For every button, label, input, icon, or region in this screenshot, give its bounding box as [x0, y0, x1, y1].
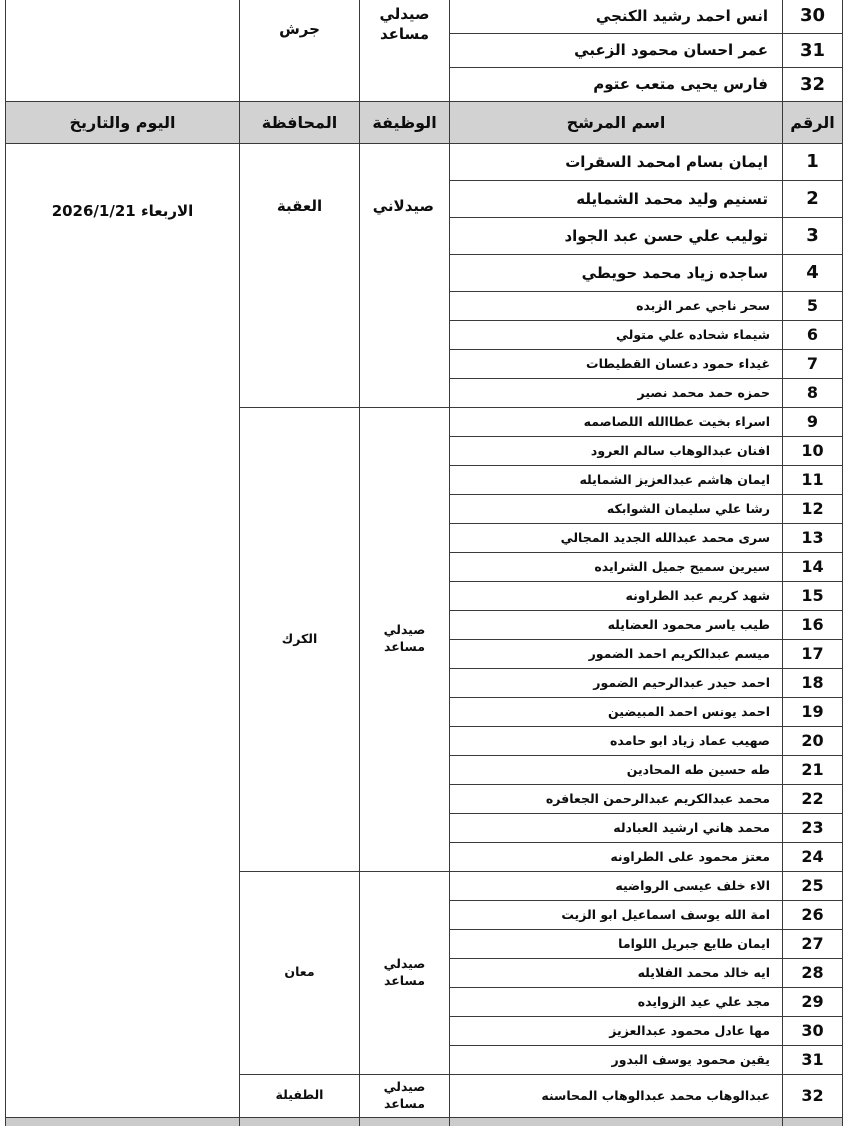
row-number-cell: 31 [783, 1045, 843, 1074]
candidate-name-cell: احمد يونس احمد المبيضين [450, 697, 783, 726]
candidate-name-cell: شيماء شحاده علي متولي [450, 320, 783, 349]
row-number-cell: 7 [783, 349, 843, 378]
row-number-cell: 22 [783, 784, 843, 813]
row-number-cell: 1 [783, 143, 843, 180]
header-number: الرقم [783, 101, 843, 143]
row-number-cell: 20 [783, 726, 843, 755]
header-row: الرقم اسم المرشح الوظيفة المحافظة اليوم … [6, 101, 843, 143]
candidate-name-cell: اسراء بخيت عطاالله اللصاصمه [450, 407, 783, 436]
candidate-name-cell: فارس يحيى متعب عتوم [450, 67, 783, 101]
row-number-cell: 32 [783, 67, 843, 101]
job-cell: صيدلي مساعد [360, 871, 450, 1074]
candidate-name-cell: معتز محمود على الطراونه [450, 842, 783, 871]
candidate-name-cell: ساجده زياد محمد حويطي [450, 254, 783, 291]
table-row: 1ايمان بسام امحمد السقراتصيدلانيالعقبةال… [6, 143, 843, 180]
governorate-cell: الطفيلة [240, 1074, 360, 1117]
job-cell: صيدلي مساعد [360, 0, 450, 101]
cut-off-cell [240, 1117, 360, 1126]
row-number-cell: 6 [783, 320, 843, 349]
row-number-cell: 2 [783, 180, 843, 217]
row-number-cell: 29 [783, 987, 843, 1016]
row-number-cell: 27 [783, 929, 843, 958]
candidate-name-cell: احمد حيدر عبدالرحيم الضمور [450, 668, 783, 697]
candidate-name-cell: عمر احسان محمود الزعبي [450, 33, 783, 67]
candidate-name-cell: طيب ياسر محمود العضايله [450, 610, 783, 639]
candidate-name-cell: الاء خلف عيسى الرواضيه [450, 871, 783, 900]
job-cell: صيدلي مساعد [360, 407, 450, 871]
table-header: الرقم اسم المرشح الوظيفة المحافظة اليوم … [6, 101, 843, 143]
row-number-cell: 28 [783, 958, 843, 987]
row-number-cell: 12 [783, 494, 843, 523]
candidate-name-cell: مها عادل محمود عبدالعزيز [450, 1016, 783, 1045]
job-cell: صيدلي مساعد [360, 1074, 450, 1117]
candidate-name-cell: سيرين سميح جميل الشرايده [450, 552, 783, 581]
candidate-name-cell: ايمان هاشم عبدالعزيز الشمايله [450, 465, 783, 494]
row-number-cell: 10 [783, 436, 843, 465]
row-number-cell: 23 [783, 813, 843, 842]
candidate-name-cell: توليب علي حسن عبد الجواد [450, 217, 783, 254]
row-number-cell: 30 [783, 1016, 843, 1045]
candidate-name-cell: رشا علي سليمان الشوابكه [450, 494, 783, 523]
candidate-name-cell: محمد عبدالكريم عبدالرحمن الجعافره [450, 784, 783, 813]
job-cell: صيدلاني [360, 143, 450, 407]
row-number-cell: 4 [783, 254, 843, 291]
row-number-cell: 15 [783, 581, 843, 610]
date-cell: الاربعاء 2026/1/21 [6, 143, 240, 1117]
candidate-name-cell: عبدالوهاب محمد عبدالوهاب المحاسنه [450, 1074, 783, 1117]
partial-next-row [6, 1117, 843, 1126]
candidate-name-cell: حمزه حمد محمد نصير [450, 378, 783, 407]
candidate-name-cell: مجد علي عيد الزوايده [450, 987, 783, 1016]
candidate-name-cell: غيداء حمود دعسان القطيطات [450, 349, 783, 378]
governorate-cell: الكرك [240, 407, 360, 871]
cut-off-cell [783, 1117, 843, 1126]
candidates-schedule-table: 30انس احمد رشيد الكنجيصيدلي مساعدجرش31عم… [5, 0, 843, 1126]
row-number-cell: 16 [783, 610, 843, 639]
governorate-cell: جرش [240, 0, 360, 101]
row-number-cell: 13 [783, 523, 843, 552]
row-number-cell: 14 [783, 552, 843, 581]
candidate-name-cell: ايمان بسام امحمد السقرات [450, 143, 783, 180]
cut-off-cell [450, 1117, 783, 1126]
row-number-cell: 11 [783, 465, 843, 494]
row-number-cell: 5 [783, 291, 843, 320]
row-number-cell: 9 [783, 407, 843, 436]
candidate-name-cell: تسنيم وليد محمد الشمايله [450, 180, 783, 217]
row-number-cell: 30 [783, 0, 843, 33]
candidate-name-cell: طه حسين طه المحادين [450, 755, 783, 784]
row-number-cell: 32 [783, 1074, 843, 1117]
cut-off-cell [360, 1117, 450, 1126]
governorate-cell: معان [240, 871, 360, 1074]
row-number-cell: 8 [783, 378, 843, 407]
row-number-cell: 21 [783, 755, 843, 784]
row-number-cell: 18 [783, 668, 843, 697]
candidate-name-cell: ايه خالد محمد الفلايله [450, 958, 783, 987]
row-number-cell: 26 [783, 900, 843, 929]
row-number-cell: 24 [783, 842, 843, 871]
header-job: الوظيفة [360, 101, 450, 143]
main-table-body: 1ايمان بسام امحمد السقراتصيدلانيالعقبةال… [6, 143, 843, 1117]
header-candidate-name: اسم المرشح [450, 101, 783, 143]
row-number-cell: 31 [783, 33, 843, 67]
governorate-cell: العقبة [240, 143, 360, 407]
header-governorate: المحافظة [240, 101, 360, 143]
candidate-name-cell: افنان عبدالوهاب سالم العرود [450, 436, 783, 465]
candidate-name-cell: ميسم عبدالكريم احمد الضمور [450, 639, 783, 668]
top-table-continuation: 30انس احمد رشيد الكنجيصيدلي مساعدجرش31عم… [6, 0, 843, 101]
cut-off-cell [6, 1117, 240, 1126]
row-number-cell: 19 [783, 697, 843, 726]
row-number-cell: 25 [783, 871, 843, 900]
date-cell [6, 0, 240, 101]
candidate-name-cell: محمد هاني ارشيد العبادله [450, 813, 783, 842]
candidate-name-cell: شهد كريم عبد الطراونه [450, 581, 783, 610]
row-number-cell: 17 [783, 639, 843, 668]
candidate-name-cell: سرى محمد عبدالله الجديد المجالي [450, 523, 783, 552]
candidate-name-cell: صهيب عماد زياد ابو حامده [450, 726, 783, 755]
row-number-cell: 3 [783, 217, 843, 254]
header-day-date: اليوم والتاريخ [6, 101, 240, 143]
candidate-name-cell: سحر ناجي عمر الزبده [450, 291, 783, 320]
cut-off-row [6, 1117, 843, 1126]
candidate-name-cell: امة الله يوسف اسماعيل ابو الزيت [450, 900, 783, 929]
table-row: 30انس احمد رشيد الكنجيصيدلي مساعدجرش [6, 0, 843, 33]
candidate-name-cell: انس احمد رشيد الكنجي [450, 0, 783, 33]
scanned-document-page: 30انس احمد رشيد الكنجيصيدلي مساعدجرش31عم… [0, 0, 850, 1128]
candidate-name-cell: يقين محمود يوسف البدور [450, 1045, 783, 1074]
candidate-name-cell: ايمان طايع جبريل اللواما [450, 929, 783, 958]
